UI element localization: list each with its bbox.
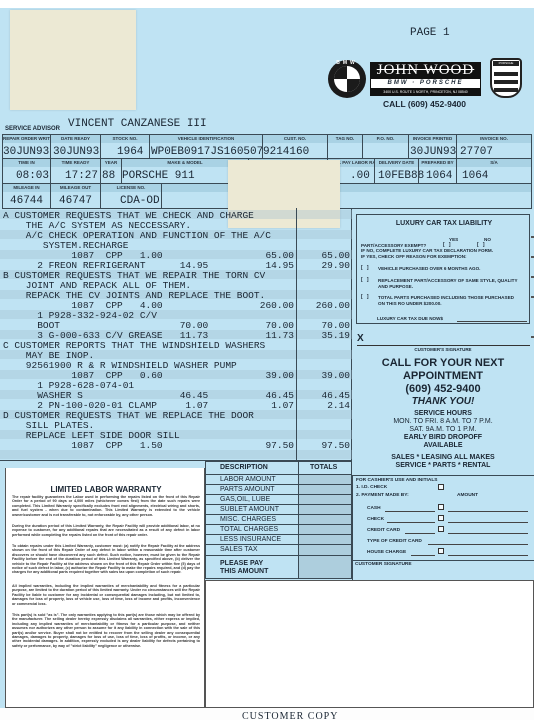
tax-due-label: LUXURY CAR TAX DUE NOW$ <box>377 316 443 322</box>
label-invoice-no: INVOICE NO. <box>457 135 531 143</box>
value-repair-order-written: 30JUN93 <box>3 146 49 158</box>
instruction-2: IF YES, CHECK OFF REASON FOR EXEMPTION: <box>361 254 467 260</box>
sublet-amount-label: SUBLET AMOUNT <box>220 506 279 513</box>
work-line-text: 1087 CPP 1.50 <box>3 441 163 451</box>
customer-signature-line[interactable] <box>357 345 530 346</box>
work-line-total: 39.00 <box>298 371 350 381</box>
bmw-roundel-icon: BMW <box>328 60 366 98</box>
value-license-no: CDA-OD <box>120 195 160 207</box>
early-bird-line1: EARLY BIRD DROPOFF <box>354 434 532 441</box>
reason-1: VEHICLE PURCHASED OVER 6 MONTHS AGO. <box>378 266 480 272</box>
dealer-logo: JOHN WOOD BMW · PORSCHE 3400 U.S. ROUTE … <box>370 62 481 96</box>
value-stock-no: 1964 <box>117 146 143 158</box>
services-line2: SERVICE * PARTS * RENTAL <box>354 462 532 469</box>
description-header: DESCRIPTION <box>220 464 268 471</box>
cashier-box: FOR CASHIER'S USE AND INITIALS 1. I.D. C… <box>352 475 534 583</box>
id-check-checkbox[interactable] <box>438 484 444 490</box>
cash-checkbox[interactable] <box>438 504 444 510</box>
type-of-credit-card-field[interactable] <box>428 544 528 545</box>
label-time-ready: TIME READY <box>51 159 100 167</box>
redaction-sticky-note-top <box>10 10 136 110</box>
label-date-ready: DATE READY <box>51 135 100 143</box>
value-sa: 1064 <box>462 170 488 182</box>
credit-card-checkbox[interactable] <box>438 526 444 532</box>
porsche-crest-icon: PORSCHE <box>490 58 522 98</box>
service-hours-saturday: SAT. 9A.M. TO 1 P.M. <box>354 426 532 433</box>
page-label: PAGE 1 <box>410 27 450 39</box>
label-tag-no: TAG NO. <box>328 135 362 143</box>
labor-amount-label: LABOR AMOUNT <box>220 476 276 483</box>
services-line1: SALES * LEASING ALL MAKES <box>354 454 532 461</box>
cash-label: CASH <box>367 506 381 511</box>
credit-card-label: CREDIT CARD <box>367 528 400 533</box>
credit-card-amount-field[interactable] <box>448 533 528 534</box>
reason-3: TOTAL PARTS PURCHASED INCLUDING THOSE PU… <box>378 295 518 306</box>
value-time-in: 08:03 <box>16 170 49 182</box>
please-pay-line1: PLEASE PAY <box>220 560 263 567</box>
value-vehicle-id: WP0EB0917JS160507 <box>151 146 263 158</box>
notes-box <box>205 580 534 708</box>
service-hours-title: SERVICE HOURS <box>354 410 532 417</box>
label-cust-no: CUST. NO. <box>263 135 327 143</box>
payment-made-by-label: 2. PAYMENT MADE BY: <box>356 493 409 498</box>
service-hours-weekday: MON. TO FRI. 8 A.M. TO 7 P.M. <box>354 418 532 425</box>
totals-row-total: TOTAL CHARGES <box>206 525 351 535</box>
work-line-net: 39.00 <box>236 371 294 381</box>
warranty-paragraph-3: To obtain repairs under this Limited War… <box>12 544 200 575</box>
reason-2: REPLACEMENT PART/ACCESSORY OF SAME STYLE… <box>378 278 518 289</box>
label-stock-no: STOCK NO. <box>101 135 149 143</box>
id-check-label: 1. I.D. CHECK <box>356 485 387 490</box>
please-pay-line2: THIS AMOUNT <box>220 568 268 575</box>
totals-row-tax: SALES TAX <box>206 545 351 556</box>
amount-label: AMOUNT <box>457 493 478 498</box>
cash-amount-field[interactable] <box>448 511 528 512</box>
dealer-address: 3400 U.S. ROUTE 1 NORTH, PRINCETON, NJ 0… <box>370 88 481 96</box>
label-invoice-printed: INVOICE PRINTED <box>409 135 456 143</box>
totals-row-labor: LABOR AMOUNT <box>206 475 351 485</box>
work-line-net: 97.50 <box>236 441 294 451</box>
value-date-ready: 30JUN93 <box>53 146 99 158</box>
promo-phone: (609) 452-9400 <box>354 383 532 395</box>
promo-thanks: THANK YOU! <box>354 396 532 407</box>
service-advisor-label: SERVICE ADVISOR <box>5 126 60 132</box>
no-label: NO <box>484 237 491 243</box>
instruction-1: IF NO, COMPLETE LUXURY CAR TAX DECLARATI… <box>361 248 493 254</box>
totals-row-insurance: LESS INSURANCE <box>206 535 351 545</box>
warranty-paragraph-2: During the duration period of this Limit… <box>12 524 200 537</box>
work-line-total: 29.90 <box>298 261 350 271</box>
check-checkbox[interactable] <box>438 515 444 521</box>
value-year: 88 <box>102 170 115 182</box>
cashier-title: FOR CASHIER'S USE AND INITIALS <box>356 478 437 483</box>
work-line-total: 260.00 <box>298 301 350 311</box>
signature-x: X <box>357 333 364 344</box>
tax-due-field[interactable] <box>457 321 527 322</box>
promo-line1: CALL FOR YOUR NEXT <box>354 357 532 369</box>
label-mileage-out: MILEAGE OUT <box>51 184 100 192</box>
value-cust-no: 9214160 <box>263 146 309 158</box>
parts-amount-label: PARTS AMOUNT <box>220 486 275 493</box>
house-charge-amount-field[interactable] <box>448 555 528 556</box>
work-line-total: 2.14 <box>298 401 350 411</box>
sales-tax-label: SALES TAX <box>220 546 257 553</box>
work-line-net: 260.00 <box>236 301 294 311</box>
dealer-phone: CALL (609) 452-9400 <box>383 99 466 109</box>
label-repair-order-written: REPAIR ORDER WRITTEN <box>3 135 50 143</box>
check-amount-field[interactable] <box>448 522 528 523</box>
label-delivery-date: DELIVERY DATE <box>375 159 418 167</box>
totals-table: DESCRIPTION TOTALS LABOR AMOUNT PARTS AM… <box>205 461 352 579</box>
value-mileage-out: 46747 <box>59 195 92 207</box>
label-license-no: LICENSE NO. <box>101 184 161 192</box>
totals-row-misc: MISC. CHARGES <box>206 515 351 525</box>
totals-header-row: DESCRIPTION TOTALS <box>206 462 351 475</box>
warranty-paragraph-4: All implied warranties, including the im… <box>12 584 200 606</box>
work-line-total: 35.19 <box>298 331 350 341</box>
value-invoice-printed: 30JUN93 <box>410 146 456 158</box>
misc-charges-label: MISC. CHARGES <box>220 516 276 523</box>
promo-line2: APPOINTMENT <box>354 370 532 382</box>
totals-header: TOTALS <box>310 464 337 471</box>
house-charge-checkbox[interactable] <box>438 548 444 554</box>
label-prepared-by: PREPARED BY <box>419 159 456 167</box>
label-mileage-in: MILEAGE IN <box>3 184 50 192</box>
house-charge-label: HOUSE CHARGE <box>367 550 406 555</box>
service-advisor-value: VINCENT CANZANESE III <box>68 118 207 130</box>
totals-column-divider <box>296 208 297 460</box>
value-invoice-no: 27707 <box>460 146 493 158</box>
value-make-model: PORSCHE 911 <box>122 170 195 182</box>
value-prepared-by: 1064 <box>426 170 452 182</box>
label-year: YEAR <box>101 159 121 167</box>
totals-row-parts: PARTS AMOUNT <box>206 485 351 495</box>
early-bird-line2: AVAILABLE <box>354 442 532 449</box>
work-line-total: 97.50 <box>298 441 350 451</box>
total-charges-label: TOTAL CHARGES <box>220 526 278 533</box>
value-time-ready: 17:27 <box>65 170 98 182</box>
warranty-paragraph-5: This part(s) is sold "as is". The only w… <box>12 613 200 648</box>
reason-3-checkbox[interactable]: [ ] <box>361 294 369 300</box>
value-mileage-in: 46744 <box>10 195 43 207</box>
luxury-tax-title: LUXURY CAR TAX LIABILITY <box>357 220 531 227</box>
customer-copy-label: CUSTOMER COPY <box>242 711 338 720</box>
customer-signature-label: CUSTOMER'S SIGNATURE <box>356 347 530 352</box>
cashier-customer-signature-label: CUSTOMER SIGNATURE <box>355 562 412 567</box>
label-time-in: TIME IN <box>3 159 50 167</box>
dealer-name: JOHN WOOD <box>370 62 481 79</box>
type-of-credit-card-label: TYPE OF CREDIT CARD <box>367 539 422 544</box>
reason-1-checkbox[interactable]: [ ] <box>361 265 369 271</box>
check-label: CHECK <box>367 517 384 522</box>
warranty-paragraph-1: The repair facility guarantees the Labor… <box>12 495 200 517</box>
warranty-title: LIMITED LABOR WARRANTY <box>6 485 206 494</box>
totals-row-sublet: SUBLET AMOUNT <box>206 505 351 515</box>
reason-2-checkbox[interactable]: [ ] <box>361 277 369 283</box>
dealer-brands: BMW · PORSCHE <box>370 79 481 88</box>
totals-row-gas: GAS,OIL, LUBE <box>206 495 351 505</box>
label-vehicle-id: VEHICLE IDENTIFICATION <box>150 135 262 143</box>
value-cust-pay-labor-rate: .00 <box>350 170 370 182</box>
label-po-no: P.O. NO. <box>363 135 408 143</box>
limited-labor-warranty: LIMITED LABOR WARRANTY The repair facili… <box>5 468 205 708</box>
less-insurance-label: LESS INSURANCE <box>220 536 281 543</box>
label-sa: S/A <box>457 159 531 167</box>
luxury-tax-box: LUXURY CAR TAX LIABILITY YES NO PART/ACC… <box>356 214 530 324</box>
gas-oil-lube-label: GAS,OIL, LUBE <box>220 496 270 503</box>
